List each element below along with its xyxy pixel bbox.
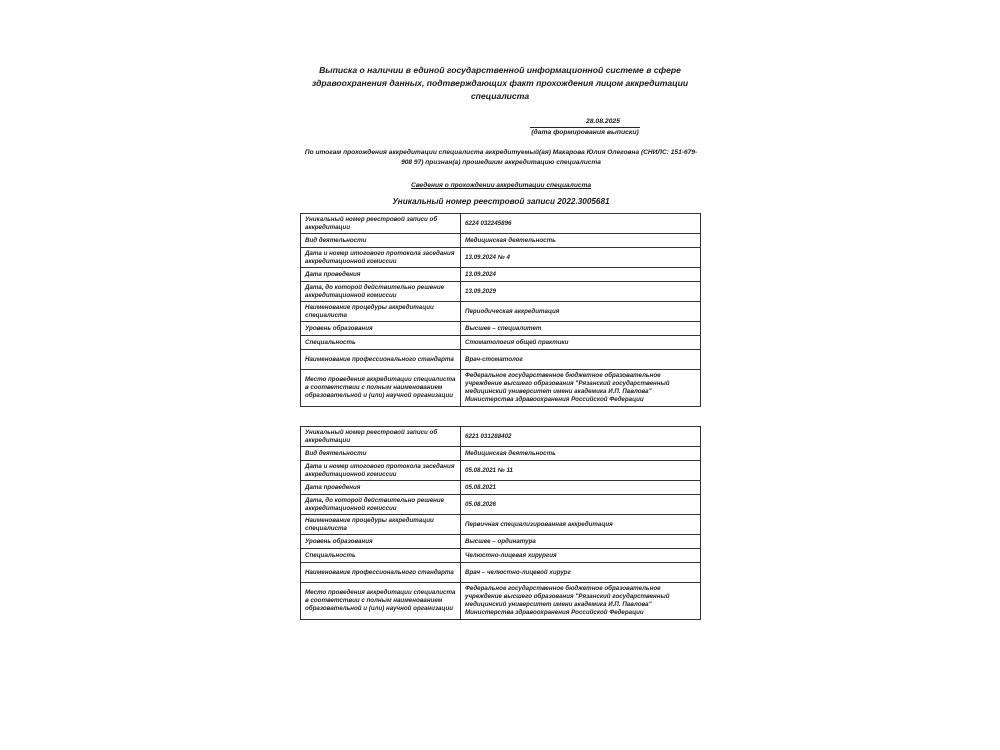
document-page: Выписка о наличии в единой государственн… [0, 0, 1000, 750]
row-label: Уровень образования [301, 322, 461, 336]
row-label: Дата проведения [301, 481, 461, 495]
document-title: Выписка о наличии в единой государственн… [300, 64, 700, 103]
table-row: Наименование профессионального стандарта… [301, 350, 701, 370]
row-label: Наименование процедуры аккредитации спец… [301, 515, 461, 535]
table-row: Дата и номер итогового протокола заседан… [301, 248, 701, 268]
section-title: Сведения о прохождении аккредитации спец… [300, 182, 702, 189]
row-label: Наименование процедуры аккредитации спец… [301, 302, 461, 322]
row-value: 13.09.2029 [461, 282, 701, 302]
issue-date-caption: (дата формирования выписки) [530, 128, 640, 137]
row-value: Медицинская деятельность [461, 234, 701, 248]
table-row: СпециальностьСтоматология общей практики [301, 336, 701, 350]
row-label: Место проведения аккредитации специалист… [301, 583, 461, 620]
row-value: Врач-стоматолог [461, 350, 701, 370]
table-row: Дата проведения13.09.2024 [301, 268, 701, 282]
row-label: Наименование профессионального стандарта [301, 563, 461, 583]
row-value: Медицинская деятельность [461, 447, 701, 461]
row-value: Федеральное государственное бюджетное об… [461, 370, 701, 407]
table-row: Наименование процедуры аккредитации спец… [301, 302, 701, 322]
row-label: Дата, до которой действительно решение а… [301, 495, 461, 515]
row-value: 05.08.2026 [461, 495, 701, 515]
row-label: Уровень образования [301, 535, 461, 549]
row-label: Дата и номер итогового протокола заседан… [301, 248, 461, 268]
table-row: Место проведения аккредитации специалист… [301, 370, 701, 407]
issue-date-block: 28.08.2025 (дата формирования выписки) [530, 117, 640, 137]
table-row: Уровень образованияВысшее – ординатура [301, 535, 701, 549]
accreditation-record-table: Уникальный номер реестровой записи об ак… [300, 426, 701, 620]
row-value: Высшее – специалитет [461, 322, 701, 336]
row-value: Врач – челюстно-лицевой хирург [461, 563, 701, 583]
intro-paragraph: По итогам прохождения аккредитации специ… [300, 148, 702, 167]
row-label: Вид деятельности [301, 447, 461, 461]
table-row: СпециальностьЧелюстно-лицевая хирургия [301, 549, 701, 563]
table-row: Уникальный номер реестровой записи об ак… [301, 427, 701, 447]
row-label: Место проведения аккредитации специалист… [301, 370, 461, 407]
row-value: Челюстно-лицевая хирургия [461, 549, 701, 563]
row-value: 05.08.2021 № 11 [461, 461, 701, 481]
row-value: 6221 031288402 [461, 427, 701, 447]
row-value: 13.09.2024 № 4 [461, 248, 701, 268]
issue-date: 28.08.2025 [530, 117, 640, 128]
row-value: Стоматология общей практики [461, 336, 701, 350]
row-value: 6224 032245896 [461, 214, 701, 234]
row-label: Вид деятельности [301, 234, 461, 248]
table-row: Дата проведения05.08.2021 [301, 481, 701, 495]
row-label: Уникальный номер реестровой записи об ак… [301, 427, 461, 447]
row-value: 13.09.2024 [461, 268, 701, 282]
row-label: Наименование профессионального стандарта [301, 350, 461, 370]
table-row: Дата, до которой действительно решение а… [301, 495, 701, 515]
row-value: Высшее – ординатура [461, 535, 701, 549]
table-row: Уникальный номер реестровой записи об ак… [301, 214, 701, 234]
table-row: Дата, до которой действительно решение а… [301, 282, 701, 302]
table-row: Наименование профессионального стандарта… [301, 563, 701, 583]
row-label: Дата проведения [301, 268, 461, 282]
registry-number: Уникальный номер реестровой записи 2022.… [300, 197, 702, 206]
row-label: Специальность [301, 336, 461, 350]
row-label: Специальность [301, 549, 461, 563]
accreditation-record-table: Уникальный номер реестровой записи об ак… [300, 213, 701, 407]
table-row: Наименование процедуры аккредитации спец… [301, 515, 701, 535]
table-row: Уровень образованияВысшее – специалитет [301, 322, 701, 336]
row-value: Федеральное государственное бюджетное об… [461, 583, 701, 620]
table-row: Вид деятельностиМедицинская деятельность [301, 234, 701, 248]
table-row: Вид деятельностиМедицинская деятельность [301, 447, 701, 461]
row-value: 05.08.2021 [461, 481, 701, 495]
row-value: Первичная специализированная аккредитаци… [461, 515, 701, 535]
table-row: Место проведения аккредитации специалист… [301, 583, 701, 620]
row-label: Уникальный номер реестровой записи об ак… [301, 214, 461, 234]
table-row: Дата и номер итогового протокола заседан… [301, 461, 701, 481]
row-value: Периодическая аккредитация [461, 302, 701, 322]
row-label: Дата и номер итогового протокола заседан… [301, 461, 461, 481]
row-label: Дата, до которой действительно решение а… [301, 282, 461, 302]
